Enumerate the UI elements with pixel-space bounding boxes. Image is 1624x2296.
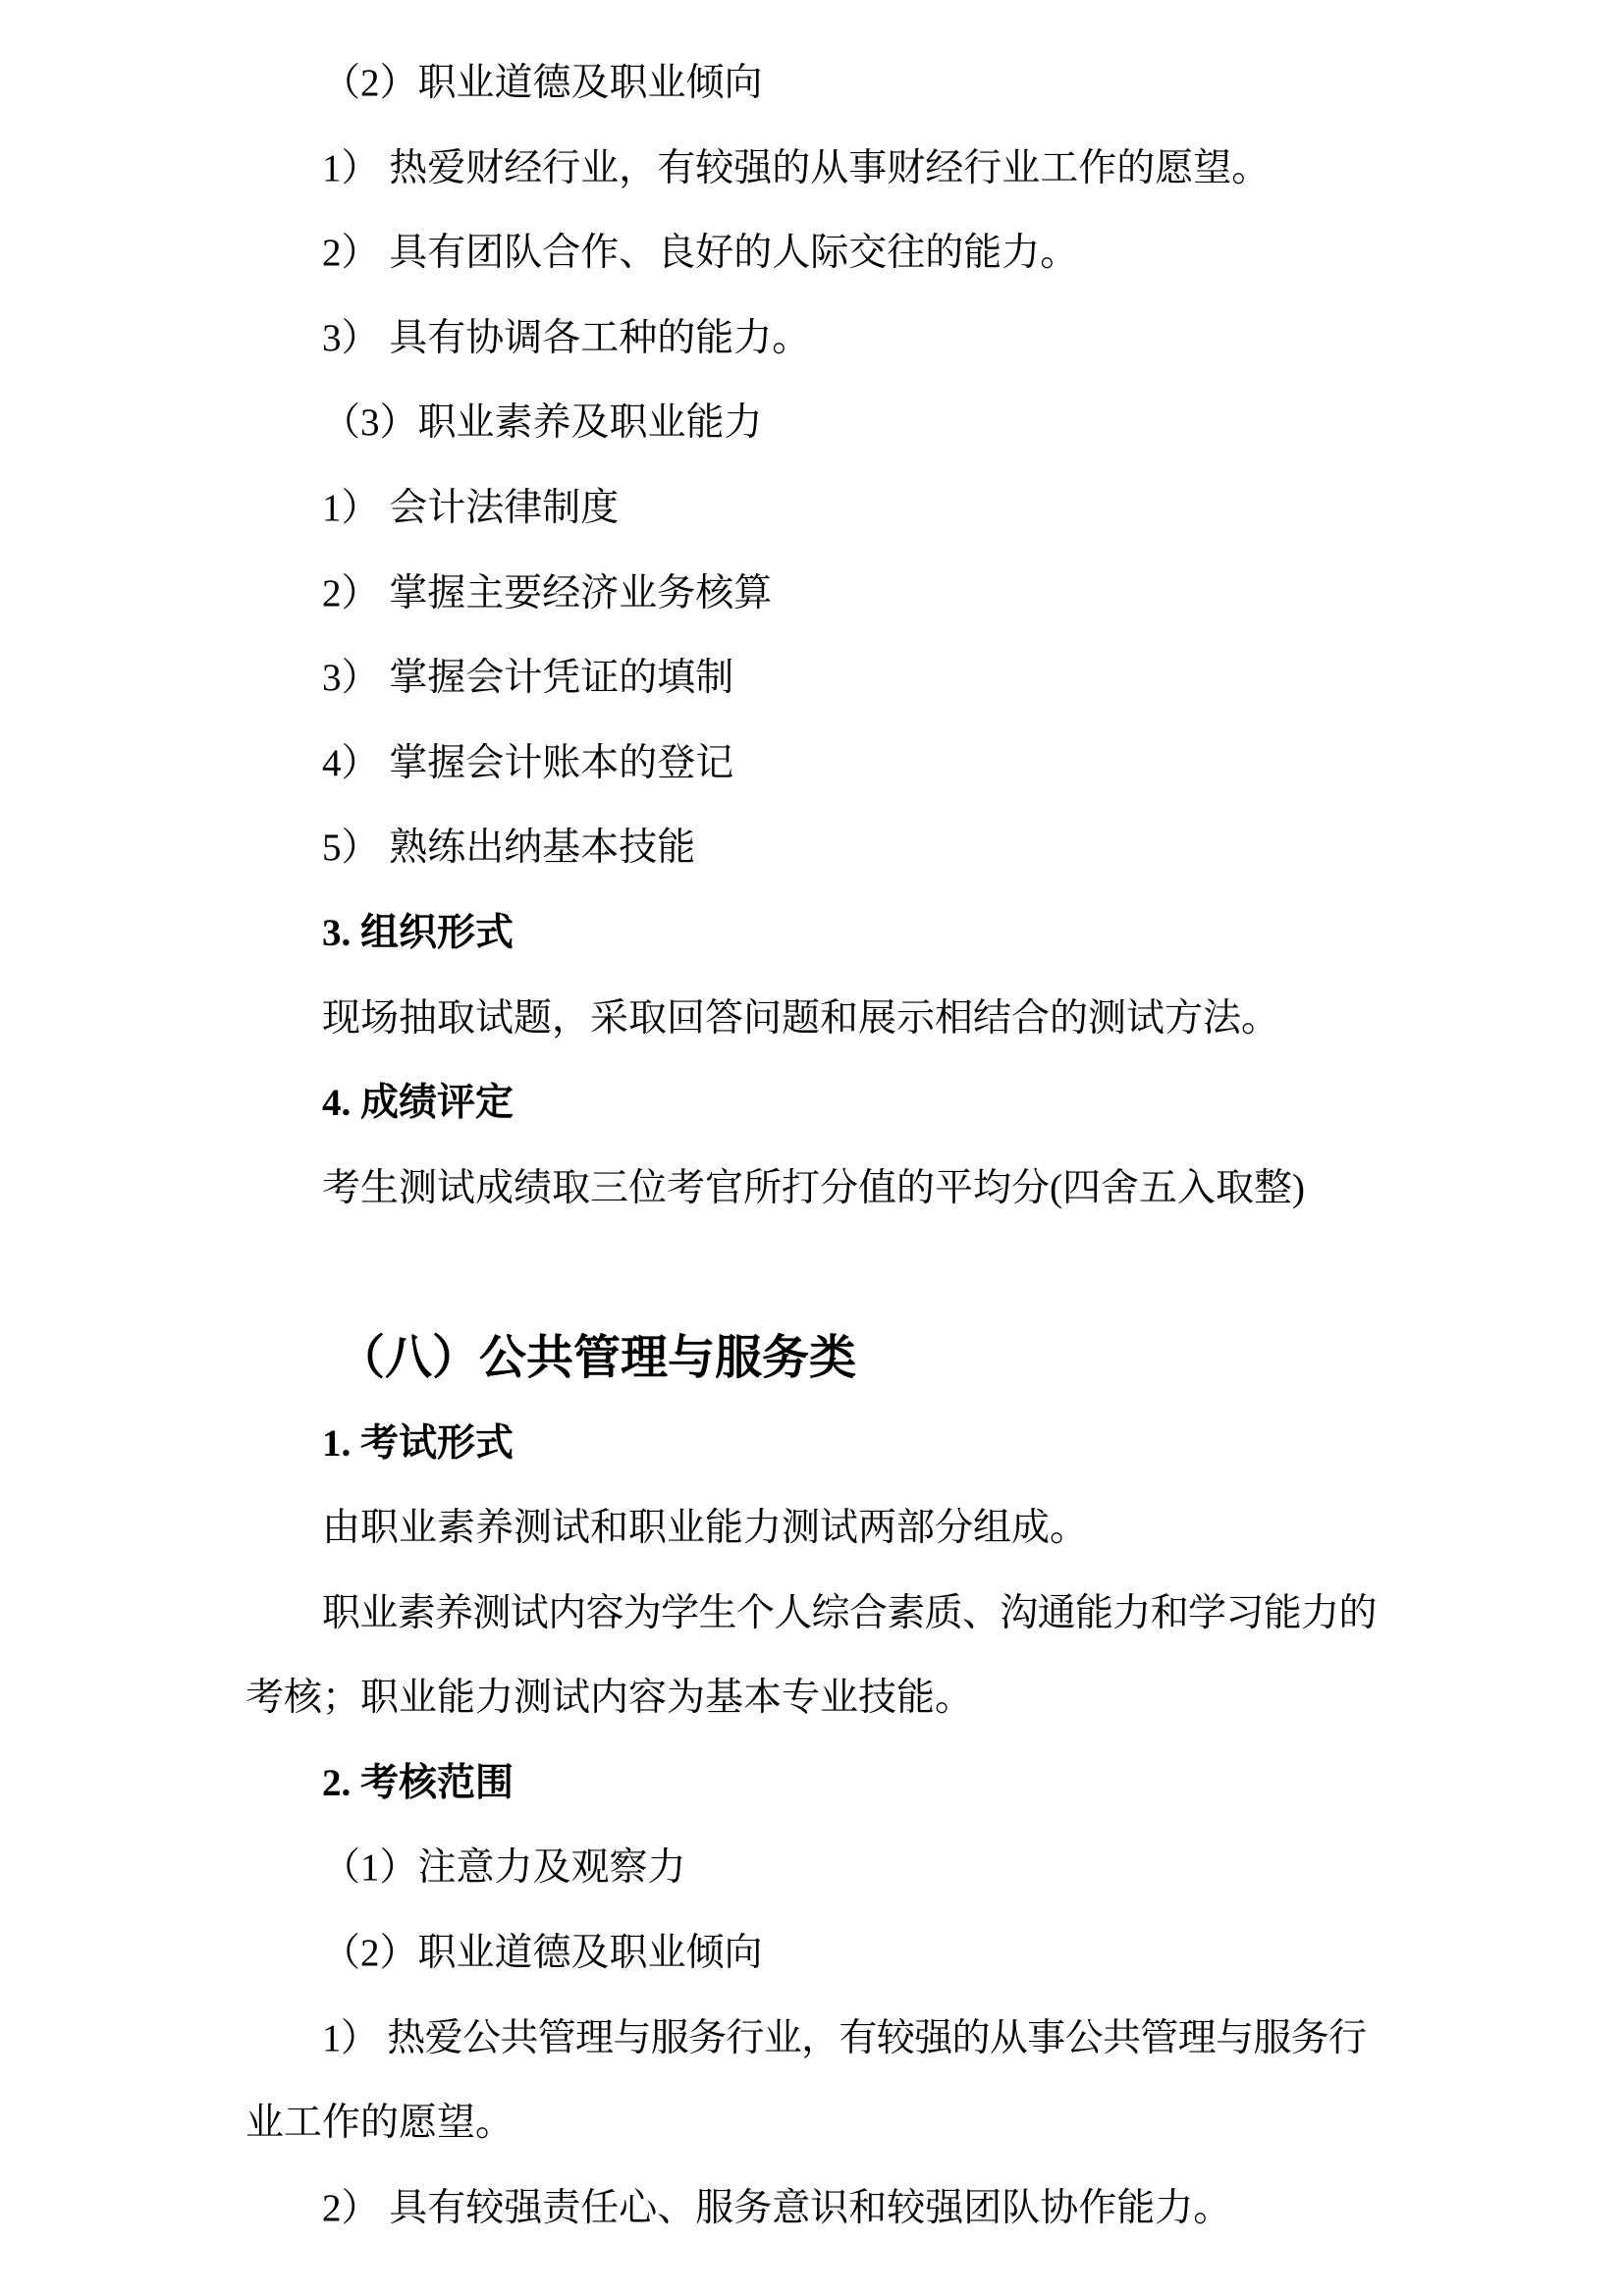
list-item-line: 2） 具有较强责任心、服务意识和较强团队协作能力。 [245,2166,1379,2252]
list-item-line: 1） 热爱公共管理与服务行业，有较强的从事公共管理与服务行 [245,1997,1379,2082]
numbered-heading-line: 2. 考核范围 [245,1741,1379,1827]
body-text-line: 职业素养测试内容为学生个人综合素质、沟通能力和学习能力的 [245,1572,1379,1657]
sub-heading-line: （2）职业道德及职业倾向 [245,1911,1379,1997]
blank-line [245,1231,1379,1316]
body-text-continuation-line: 考核；职业能力测试内容为基本专业技能。 [245,1656,1379,1741]
list-item-line: 1） 会计法律制度 [245,466,1379,552]
body-text-line: 由职业素养测试和职业能力测试两部分组成。 [245,1486,1379,1572]
document-page: （2）职业道德及职业倾向 1） 热爱财经行业，有较强的从事财经行业工作的愿望。 … [0,0,1624,2296]
sub-heading-line: （1）注意力及观察力 [245,1826,1379,1911]
body-text-line: 考生测试成绩取三位考官所打分值的平均分(四舍五入取整) [245,1147,1379,1232]
list-item-line: 3） 掌握会计凭证的填制 [245,636,1379,721]
sub-heading-line: （2）职业道德及职业倾向 [245,41,1379,127]
section-heading: （八）公共管理与服务类 [245,1316,1379,1402]
numbered-heading-line: 4. 成绩评定 [245,1061,1379,1147]
list-item-line: 2） 具有团队合作、良好的人际交往的能力。 [245,211,1379,296]
list-item-line: 1） 热爱财经行业，有较强的从事财经行业工作的愿望。 [245,127,1379,212]
list-item-line: 4） 掌握会计账本的登记 [245,721,1379,807]
list-item-line: 5） 熟练出纳基本技能 [245,806,1379,891]
numbered-heading-line: 1. 考试形式 [245,1402,1379,1487]
list-item-line: 2） 掌握主要经济业务核算 [245,552,1379,637]
list-item-line: 3） 具有协调各工种的能力。 [245,296,1379,382]
body-text-continuation-line: 业工作的愿望。 [245,2081,1379,2166]
numbered-heading-line: 3. 组织形式 [245,891,1379,977]
body-text-line: 现场抽取试题，采取回答问题和展示相结合的测试方法。 [245,977,1379,1062]
sub-heading-line: （3）职业素养及职业能力 [245,381,1379,466]
